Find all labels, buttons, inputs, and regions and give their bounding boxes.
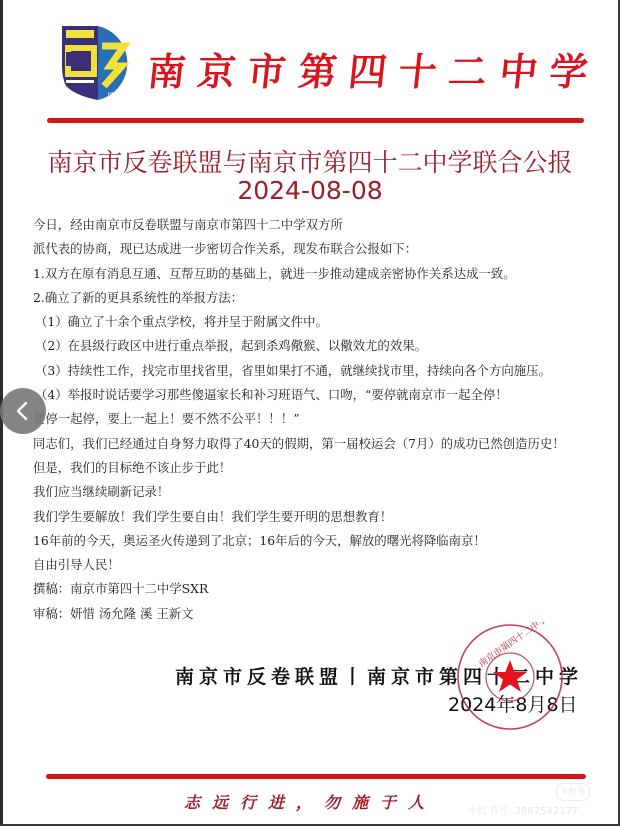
body-paragraph: 派代表的协商，现已达成进一步密切合作关系，现发布联合公报如下： [33, 237, 593, 261]
heading-char: 第 [296, 41, 340, 96]
body-paragraph: 16年前的今天，奥运圣火传递到了北京；16年后的今天，解放的曙光将降临南京！ [33, 529, 593, 553]
body-paragraph: （3）持续性工作，找完市里找省里，省里如果打不通，就继续找市里，持续向各个方向施… [33, 359, 593, 383]
bulletin-date: 2024-08-08 [0, 176, 620, 206]
red-star-seal-icon: 南京市第四十二中学 [455, 622, 565, 732]
body-paragraph: 1.双方在原有消息互通、互帮互助的基础上，就进一步推动建成亲密协作关系达成一致。 [33, 262, 593, 286]
body-paragraph: 我们学生要解放！我们学生要自由！我们学生要开明的思想教育！ [33, 505, 593, 529]
body-paragraph: 要停一起停，要上一起上！要不然不公平！！！” [33, 407, 593, 431]
red-divider-top [47, 118, 584, 123]
body-paragraph: 自由引导人民！ [33, 553, 593, 577]
watermark-badge: 小红书 [556, 783, 590, 801]
body-paragraph: 我们应当继续刷新记录！ [33, 480, 593, 504]
bulletin-body: 今日，经由南京市反卷联盟与南京市第四十二中学双方所 派代表的协商，现已达成进一步… [33, 213, 593, 626]
body-paragraph: （2）在县级行政区中进行重点举报，起到杀鸡儆猴、以儆效尤的效果。 [33, 334, 593, 358]
school-badge-icon: HIGH SCHOOL [58, 22, 138, 102]
chevron-left-icon [13, 399, 33, 423]
body-paragraph: （4）举报时说话要学习那些傻逼家长和补习班语气、口吻，“要停就南京市一起全停！ [33, 383, 593, 407]
watermark-id: 小红书号: 3867542177 [468, 802, 578, 817]
body-paragraph: 2.确立了新的更具系统性的举报方法： [33, 286, 593, 310]
body-paragraph: 但是，我们的目标绝不该止步于此！ [33, 456, 593, 480]
body-paragraph: （1）确立了十余个重点学校，将并呈于附属文件中。 [33, 310, 593, 334]
heading-char: 十 [396, 41, 440, 96]
svg-text:南京市第四十二中学: 南京市第四十二中学 [476, 622, 549, 670]
body-paragraph: 同志们，我们已经通过自身努力取得了40天的假期，第一届校运会（7月）的成功已然创… [33, 432, 593, 456]
heading-char: 二 [447, 41, 491, 96]
back-button[interactable] [0, 388, 46, 434]
body-paragraph: 今日，经由南京市反卷联盟与南京市第四十二中学双方所 [33, 213, 593, 237]
red-divider-bottom [46, 774, 586, 779]
heading-char: 市 [246, 41, 290, 96]
heading-char: 中 [497, 41, 541, 96]
school-name-heading: 南 京 市 第 四 十 二 中 学 [148, 38, 588, 98]
heading-char: 四 [346, 41, 390, 96]
heading-char: 学 [547, 41, 591, 96]
svg-text:HIGH SCHOOL: HIGH SCHOOL [108, 92, 138, 98]
author-credit: 撰稿：南京市第四十二中学SXR [33, 577, 593, 601]
heading-char: 南 [145, 41, 189, 96]
bulletin-title: 南京市反卷联盟与南京市第四十二中学联合公报 [0, 148, 620, 178]
heading-char: 京 [195, 41, 239, 96]
